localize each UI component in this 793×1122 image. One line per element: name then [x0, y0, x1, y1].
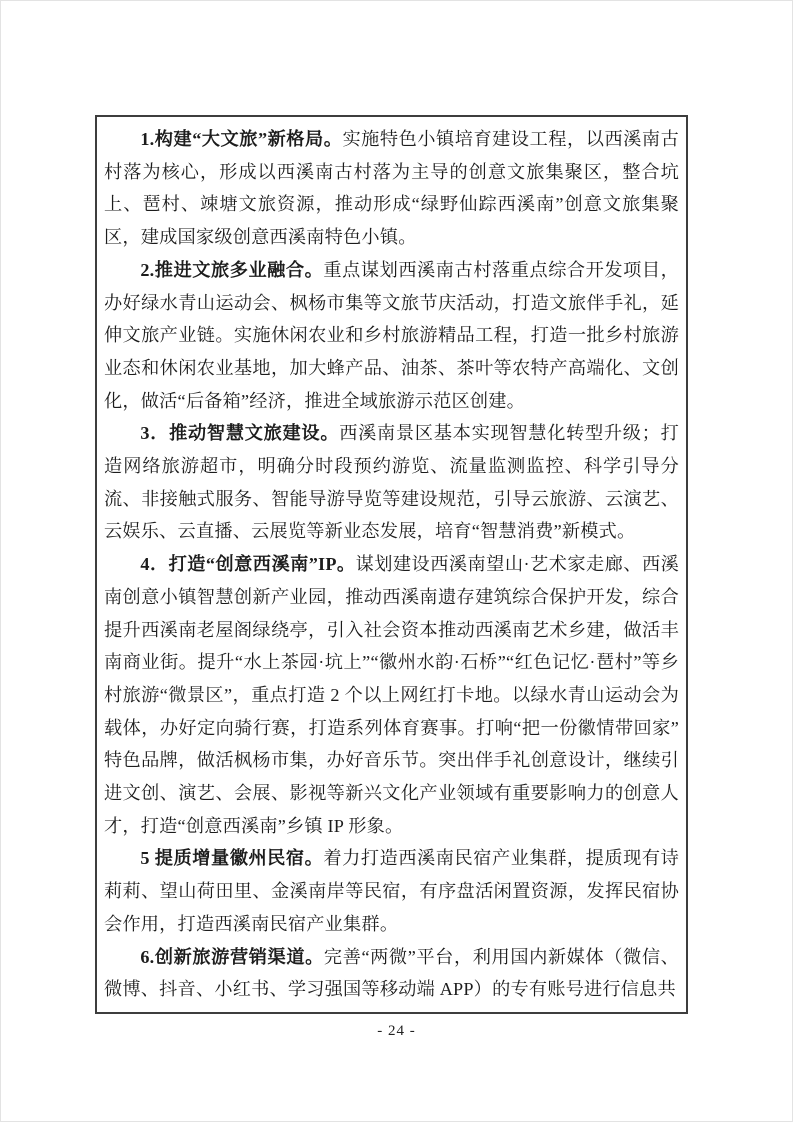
document-page: 1.构建“大文旅”新格局。实施特色小镇培育建设工程，以西溪南古村落为核心，形成以… [0, 0, 793, 1122]
paragraph-2: 2.推进文旅多业融合。重点谋划西溪南古村落重点综合开发项目，办好绿水青山运动会、… [104, 254, 679, 418]
paragraph-5: 5 提质增量徽州民宿。着力打造西溪南民宿产业集群，提质现有诗莉莉、望山荷田里、金… [104, 842, 679, 940]
page-number: - 24 - [1, 1023, 792, 1040]
paragraph-5-heading: 5 提质增量徽州民宿。 [140, 848, 323, 868]
paragraph-4: 4．打造“创意西溪南”IP。谋划建设西溪南望山·艺术家走廊、西溪南创意小镇智慧创… [104, 548, 679, 842]
paragraph-3: 3．推动智慧文旅建设。西溪南景区基本实现智慧化转型升级；打造网络旅游超市，明确分… [104, 417, 679, 548]
paragraph-2-body: 重点谋划西溪南古村落重点综合开发项目，办好绿水青山运动会、枫杨市集等文旅节庆活动… [104, 260, 679, 411]
paragraph-4-body: 谋划建设西溪南望山·艺术家走廊、西溪南创意小镇智慧创新产业园，推动西溪南遗存建筑… [104, 554, 679, 836]
paragraph-1: 1.构建“大文旅”新格局。实施特色小镇培育建设工程，以西溪南古村落为核心，形成以… [104, 123, 679, 254]
paragraph-6-heading: 6.创新旅游营销渠道。 [140, 947, 324, 967]
text-border-frame: 1.构建“大文旅”新格局。实施特色小镇培育建设工程，以西溪南古村落为核心，形成以… [95, 115, 688, 1014]
paragraph-6: 6.创新旅游营销渠道。完善“两微”平台，利用国内新媒体（微信、微博、抖音、小红书… [104, 941, 679, 1006]
paragraph-1-heading: 1.构建“大文旅”新格局。 [140, 129, 342, 149]
paragraph-3-heading: 3．推动智慧文旅建设。 [140, 423, 339, 443]
paragraph-4-heading: 4．打造“创意西溪南”IP。 [140, 554, 355, 574]
paragraph-2-heading: 2.推进文旅多业融合。 [140, 260, 323, 280]
